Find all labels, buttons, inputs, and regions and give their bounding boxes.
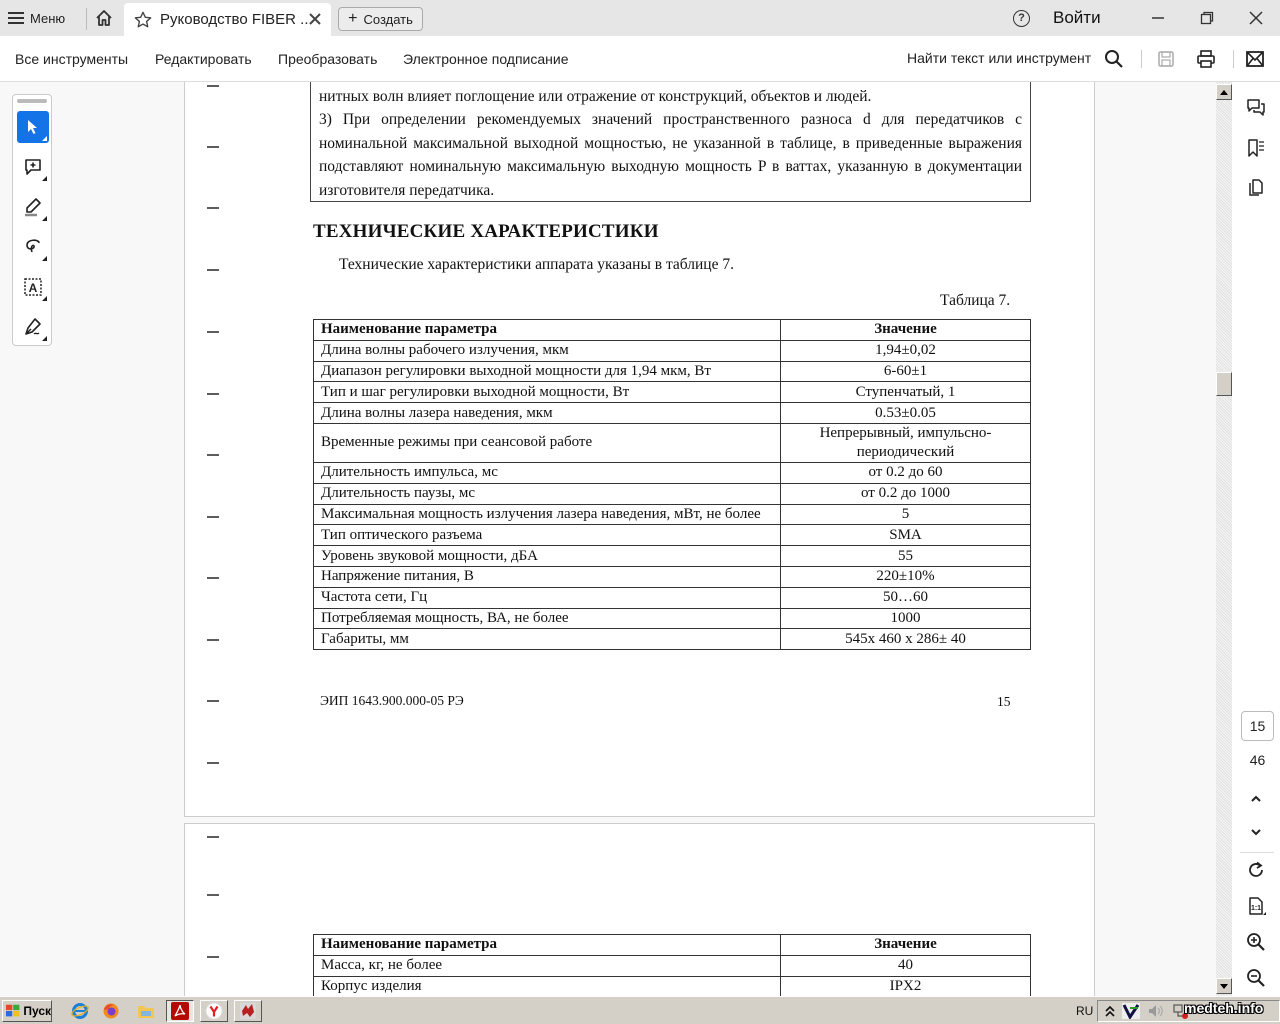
bookmarks-icon	[1246, 138, 1266, 158]
internet-explorer-launcher[interactable]	[66, 1000, 94, 1022]
table-row: Длина волны рабочего излучения, мкм1,94±…	[314, 340, 1031, 361]
acrobat-icon	[171, 1002, 189, 1020]
login-button[interactable]: Войти	[1053, 8, 1101, 28]
parameter-value-cell: 6-60±1	[781, 361, 1031, 382]
table-row: Корпус изделияIPX2	[314, 976, 1031, 996]
rotate-icon	[1246, 860, 1266, 880]
scan-mark	[207, 454, 219, 456]
scan-mark	[207, 639, 219, 641]
scan-mark	[207, 836, 219, 838]
table-row: Масса, кг, не более40	[314, 955, 1031, 976]
windows-taskbar: Пуск RU medteh.info	[0, 996, 1280, 1024]
arrow-down-icon	[1220, 984, 1228, 989]
antivirus-icon[interactable]	[1122, 1003, 1140, 1019]
comments-button[interactable]	[1244, 96, 1268, 120]
yandex-browser-icon	[205, 1002, 223, 1020]
plus-icon: +	[348, 11, 357, 27]
chevron-up-icon	[1249, 792, 1263, 806]
select-tool-button[interactable]	[17, 111, 49, 143]
tab-title: Руководство FIBER ...	[160, 11, 313, 28]
parameter-value-cell: от 0.2 до 60	[781, 462, 1031, 483]
divider	[1233, 50, 1234, 68]
current-page-input[interactable]: 15	[1241, 711, 1274, 741]
copy-pages-icon	[1246, 178, 1266, 198]
parameter-name-cell: Частота сети, Гц	[314, 587, 781, 608]
parameter-value-cell: Ступенчатый, 1	[781, 382, 1031, 403]
star-icon[interactable]	[134, 11, 152, 29]
table-row: Тип и шаг регулировки выходной мощности,…	[314, 382, 1031, 403]
scan-mark	[207, 956, 219, 958]
e-sign-menu[interactable]: Электронное подписание	[403, 51, 569, 67]
pages-button[interactable]	[1244, 176, 1268, 200]
all-tools-menu[interactable]: Все инструменты	[15, 51, 128, 67]
submenu-indicator	[42, 256, 47, 261]
parameter-value-cell: SMA	[781, 525, 1031, 546]
yandex-browser-button[interactable]	[200, 1000, 228, 1022]
pdf-page-16: Наименование параметра Значение Масса, к…	[184, 823, 1095, 996]
parameter-name-cell: Диапазон регулировки выходной мощности д…	[314, 361, 781, 382]
add-comment-tool-button[interactable]	[17, 151, 49, 183]
parameter-value-cell: 40	[781, 955, 1031, 976]
right-side-panel: 15 46 1:1	[1232, 82, 1280, 996]
text-box-icon: A	[23, 277, 43, 297]
close-icon	[1248, 10, 1264, 26]
submenu-indicator	[42, 336, 47, 341]
help-icon[interactable]: ?	[1013, 10, 1030, 27]
chevron-down-icon	[1249, 825, 1263, 839]
spec-table: Наименование параметра Значение Длина во…	[313, 319, 1031, 650]
table-row: Временные режимы при сеансовой работеНеп…	[314, 423, 1031, 462]
convert-menu[interactable]: Преобразовать	[278, 51, 377, 67]
svg-text:A: A	[29, 281, 38, 295]
svg-text:1:1: 1:1	[1251, 905, 1261, 912]
scan-mark	[207, 207, 219, 209]
table-row: Длительность паузы, мсот 0.2 до 1000	[314, 483, 1031, 504]
parameter-name-cell: Длина волны лазера наведения, мкм	[314, 403, 781, 424]
parameter-value-cell: 545х 460 х 286± 40	[781, 629, 1031, 650]
parameter-value-cell: 220±10%	[781, 566, 1031, 587]
divider	[86, 8, 87, 30]
save-icon	[1157, 50, 1175, 68]
table-row: Уровень звуковой мощности, дБА55	[314, 546, 1031, 567]
scan-mark	[207, 331, 219, 333]
scan-mark	[207, 516, 219, 518]
scroll-thumb[interactable]	[1216, 372, 1232, 396]
comments-icon	[1246, 98, 1266, 118]
submenu-indicator	[42, 176, 47, 181]
parameter-name-cell: Масса, кг, не более	[314, 955, 781, 976]
print-icon	[1196, 49, 1216, 69]
sign-tool-button[interactable]	[17, 311, 49, 343]
section-title: ТЕХНИЧЕСКИЕ ХАРАКТЕРИСТИКИ	[313, 221, 659, 243]
page-number-footer: 15	[997, 694, 1011, 710]
windows-logo-icon	[6, 1004, 20, 1018]
table-row: Длина волны лазера наведения, мкм0.53±0.…	[314, 403, 1031, 424]
acrobat-taskbar-button[interactable]	[166, 1000, 194, 1022]
volume-icon[interactable]	[1148, 1004, 1164, 1018]
parameter-name-cell: Временные режимы при сеансовой работе	[314, 423, 781, 462]
parameter-value-cell: 1,94±0,02	[781, 340, 1031, 361]
parameter-name-cell: Длина волны рабочего излучения, мкм	[314, 340, 781, 361]
firefox-launcher[interactable]	[97, 1000, 125, 1022]
parameter-name-cell: Тип и шаг регулировки выходной мощности,…	[314, 382, 781, 403]
column-header-value: Значение	[781, 935, 1031, 956]
zoom-in-button[interactable]	[1244, 930, 1268, 954]
parameter-name-cell: Максимальная мощность излучения лазера н…	[314, 504, 781, 525]
restore-button[interactable]	[1192, 5, 1222, 31]
notes-box: нитных волн влияет поглощение или отраже…	[310, 82, 1031, 202]
parameter-value-cell: 50…60	[781, 587, 1031, 608]
create-label: Создать	[363, 12, 412, 27]
app-taskbar-button[interactable]	[234, 1000, 262, 1022]
next-page-button[interactable]	[1244, 820, 1268, 844]
table-row: Тип оптического разъемаSMA	[314, 525, 1031, 546]
cursor-arrow-icon	[25, 119, 41, 135]
highlight-tool-button[interactable]	[17, 191, 49, 223]
submenu-indicator	[42, 136, 47, 141]
actual-size-button[interactable]: 1:1	[1244, 894, 1268, 918]
parameter-value-cell: 0.53±0.05	[781, 403, 1031, 424]
table-row: Максимальная мощность излучения лазера н…	[314, 504, 1031, 525]
note-line: нитных волн влияет поглощение или отраже…	[319, 85, 1022, 108]
parameter-name-cell: Длительность паузы, мс	[314, 483, 781, 504]
parameter-value-cell: Непрерывный, импульсно-периодический	[781, 423, 1031, 462]
scan-mark	[207, 577, 219, 579]
submenu-indicator	[42, 296, 47, 301]
parameter-value-cell: 5	[781, 504, 1031, 525]
arrow-up-icon	[1220, 90, 1228, 95]
parameter-value-cell: 55	[781, 546, 1031, 567]
language-indicator[interactable]: RU	[1076, 1004, 1093, 1018]
parameter-name-cell: Длительность импульса, мс	[314, 462, 781, 483]
scroll-up-button[interactable]	[1216, 84, 1232, 100]
search-icon	[1104, 49, 1124, 69]
scan-mark	[207, 894, 219, 896]
close-tab-icon[interactable]	[307, 11, 323, 27]
parameter-name-cell: Корпус изделия	[314, 976, 781, 996]
menu-label: Меню	[30, 11, 65, 26]
show-hidden-icons-icon[interactable]	[1105, 1006, 1115, 1018]
hamburger-icon	[8, 12, 24, 24]
intro-text: Технические характеристики аппарата указ…	[339, 256, 734, 274]
firefox-icon	[102, 1002, 120, 1020]
scan-mark	[207, 146, 219, 148]
note-paragraph: 3) При определении рекомендуемых значени…	[319, 108, 1022, 202]
watermark: medteh.info	[1184, 1000, 1263, 1016]
column-header-name: Наименование параметра	[314, 320, 781, 341]
freehand-draw-icon	[23, 237, 43, 257]
red-app-icon	[239, 1002, 257, 1020]
close-window-button[interactable]	[1241, 5, 1271, 31]
search-button[interactable]	[1102, 47, 1126, 71]
document-code: ЭИП 1643.900.000-05 РЭ	[320, 693, 464, 709]
table-header-row: Наименование параметра Значение	[314, 935, 1031, 956]
scan-mark	[207, 85, 219, 87]
divider	[1141, 50, 1142, 68]
parameter-name-cell: Напряжение питания, В	[314, 566, 781, 587]
create-button[interactable]: + Создать	[338, 7, 423, 31]
internet-explorer-icon	[71, 1002, 89, 1020]
table-row: Диапазон регулировки выходной мощности д…	[314, 361, 1031, 382]
vertical-scrollbar[interactable]	[1216, 82, 1232, 996]
menu-button[interactable]: Меню	[8, 8, 65, 28]
minimize-button[interactable]	[1143, 5, 1173, 31]
actual-size-icon: 1:1	[1246, 896, 1266, 916]
parameter-name-cell: Потребляемая мощность, ВА, не более	[314, 608, 781, 629]
find-text-or-tool[interactable]: Найти текст или инструмент	[907, 50, 1091, 66]
zoom-out-icon	[1246, 968, 1266, 988]
pen-sign-icon	[23, 317, 43, 337]
home-icon	[95, 9, 113, 27]
folder-icon	[137, 1002, 155, 1020]
zoom-out-button[interactable]	[1244, 966, 1268, 990]
minimize-icon	[1150, 10, 1166, 26]
rotate-button[interactable]	[1244, 858, 1268, 882]
restore-icon	[1199, 10, 1215, 26]
pdf-page-15: нитных волн влияет поглощение или отраже…	[184, 82, 1095, 817]
text-recognition-tool-button[interactable]: A	[17, 271, 49, 303]
scan-mark	[207, 269, 219, 271]
spec-table-continued: Наименование параметра Значение Масса, к…	[313, 934, 1031, 996]
scan-mark	[207, 393, 219, 395]
scan-mark	[207, 700, 219, 702]
start-button[interactable]: Пуск	[2, 1000, 52, 1022]
main-toolbar: Все инструменты Редактировать Преобразов…	[0, 36, 1280, 82]
quick-tools-palette: A	[12, 94, 52, 346]
draw-tool-button[interactable]	[17, 231, 49, 263]
table-caption: Таблица 7.	[940, 292, 1010, 310]
scan-mark	[207, 762, 219, 764]
mail-icon	[1245, 49, 1265, 69]
document-viewport[interactable]: нитных волн влияет поглощение или отраже…	[60, 82, 1216, 996]
bookmarks-button[interactable]	[1244, 136, 1268, 160]
email-button[interactable]	[1243, 47, 1267, 71]
table-header-row: Наименование параметра Значение	[314, 320, 1031, 341]
title-bar: Меню Руководство FIBER ... + Создать ? В…	[0, 0, 1280, 36]
parameter-value-cell: 1000	[781, 608, 1031, 629]
start-label: Пуск	[23, 1004, 51, 1018]
table-row: Напряжение питания, В220±10%	[314, 566, 1031, 587]
document-tab[interactable]: Руководство FIBER ...	[124, 3, 331, 36]
highlighter-icon	[23, 197, 43, 217]
parameter-name-cell: Тип оптического разъема	[314, 525, 781, 546]
parameter-name-cell: Габариты, мм	[314, 629, 781, 650]
drag-handle[interactable]	[17, 99, 47, 103]
total-pages: 46	[1241, 752, 1274, 768]
save-button[interactable]	[1154, 47, 1178, 71]
submenu-indicator	[42, 216, 47, 221]
table-row: Габариты, мм545х 460 х 286± 40	[314, 629, 1031, 650]
file-explorer-launcher[interactable]	[132, 1000, 160, 1022]
previous-page-button[interactable]	[1244, 787, 1268, 811]
parameter-value-cell: от 0.2 до 1000	[781, 483, 1031, 504]
divider	[1240, 852, 1274, 853]
parameter-value-cell: IPX2	[781, 976, 1031, 996]
column-header-name: Наименование параметра	[314, 935, 781, 956]
edit-menu[interactable]: Редактировать	[155, 51, 252, 67]
comment-plus-icon	[23, 157, 43, 177]
table-row: Длительность импульса, мсот 0.2 до 60	[314, 462, 1031, 483]
home-button[interactable]	[92, 6, 116, 30]
zoom-in-icon	[1246, 932, 1266, 952]
table-row: Потребляемая мощность, ВА, не более1000	[314, 608, 1031, 629]
print-button[interactable]	[1194, 47, 1218, 71]
table-row: Частота сети, Гц50…60	[314, 587, 1031, 608]
scroll-down-button[interactable]	[1216, 978, 1232, 994]
column-header-value: Значение	[781, 320, 1031, 341]
parameter-name-cell: Уровень звуковой мощности, дБА	[314, 546, 781, 567]
